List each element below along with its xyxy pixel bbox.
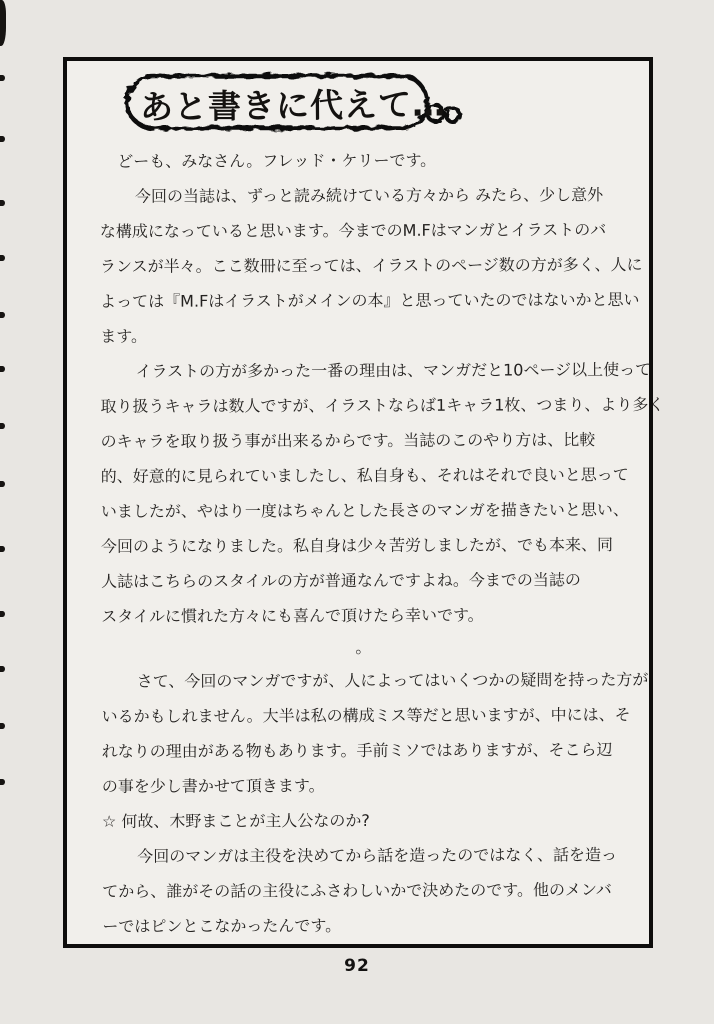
title-bubble: あと書きに代えて… [119, 69, 467, 137]
scan-artifact-dot [0, 546, 5, 552]
text-line: さて、今回のマンガですが、人によってはいくつかの疑問を持った方が [101, 662, 625, 699]
text-line: ランスが半々。ここ数冊に至っては、イラストのページ数の方が多く、人に [100, 247, 624, 284]
text-line: よっては『M.Fはイラストがメインの本』と思っていたのではないかと思い [100, 282, 624, 319]
text-line: の事を少し書かせて頂きます。 [102, 767, 626, 804]
scan-artifact-dot [0, 75, 5, 81]
text-line: 的、好意的に見られていましたし、私自身も、それはそれで良いと思って [101, 457, 625, 494]
text-line: いるかもしれません。大半は私の構成ミス等だと思いますが、中には、そ [102, 697, 626, 734]
scan-artifact-dot [0, 423, 5, 429]
page-number: 92 [0, 956, 714, 976]
scan-artifact-dot [0, 779, 5, 785]
afterword-body: どーも、みなさん。フレッド・ケリーです。 今回の当誌は、ずっと読み続けている方々… [100, 142, 627, 944]
scan-artifact-dot [0, 481, 5, 487]
scan-artifact-dot [0, 136, 5, 142]
scan-artifact-dot [0, 255, 5, 261]
text-line: 人誌はこちらのスタイルの方が普通なんですよね。今までの当誌の [101, 562, 625, 599]
text-line: スタイルに慣れた方々にも喜んで頂けたら幸いです。 [101, 597, 625, 634]
scan-artifact-dot [0, 366, 5, 372]
scan-artifact-dot [0, 200, 5, 206]
text-line: れなりの理由がある物もあります。手前ミソではありますが、そこら辺 [102, 732, 626, 769]
text-line: どーも、みなさん。フレッド・ケリーです。 [100, 142, 624, 179]
scan-artifact-dot [0, 666, 5, 672]
text-line: 取り扱うキャラは数人ですが、イラストならば1キャラ1枚、つまり、より多く [100, 387, 624, 424]
text-line: 今回のマンガは主役を決めてから話を造ったのではなく、話を造っ [102, 837, 626, 874]
text-line: いましたが、やはり一度はちゃんとした長さのマンガを描きたいと思い、 [101, 492, 625, 529]
afterword-panel: あと書きに代えて… どーも、みなさん。フレッド・ケリーです。 今回の当誌は、ずっ… [63, 57, 653, 948]
text-line-star-heading: ☆ 何故、木野まことが主人公なのか? [102, 802, 626, 839]
scanned-afterword-page: { "page": { "title": "あと書きに代えて…", "page_… [0, 0, 714, 1024]
text-line: てから、誰がその話の主役にふさわしいかで決めたのです。他のメンバ [102, 872, 626, 909]
scan-artifact-dot [0, 723, 5, 729]
section-divider: 。 [101, 632, 625, 664]
text-line: のキャラを取り扱う事が出来るからです。当誌のこのやり方は、比較 [101, 422, 625, 459]
scan-artifact-dot [0, 312, 5, 318]
text-line: ーではピンとこなかったんです。 [102, 907, 626, 944]
text-line: な構成になっていると思います。今までのM.Fはマンガとイラストのバ [100, 212, 624, 249]
page-title: あと書きに代えて… [119, 67, 468, 139]
scan-artifact-dot [0, 611, 5, 617]
text-line: イラストの方が多かった一番の理由は、マンガだと10ページ以上使って [100, 352, 624, 389]
text-line: ます。 [100, 317, 624, 354]
scan-artifact-streak [0, 0, 6, 46]
text-line: 今回のようになりました。私自身は少々苦労しましたが、でも本来、同 [101, 527, 625, 564]
text-line: 今回の当誌は、ずっと読み続けている方々から みたら、少し意外 [100, 177, 624, 214]
